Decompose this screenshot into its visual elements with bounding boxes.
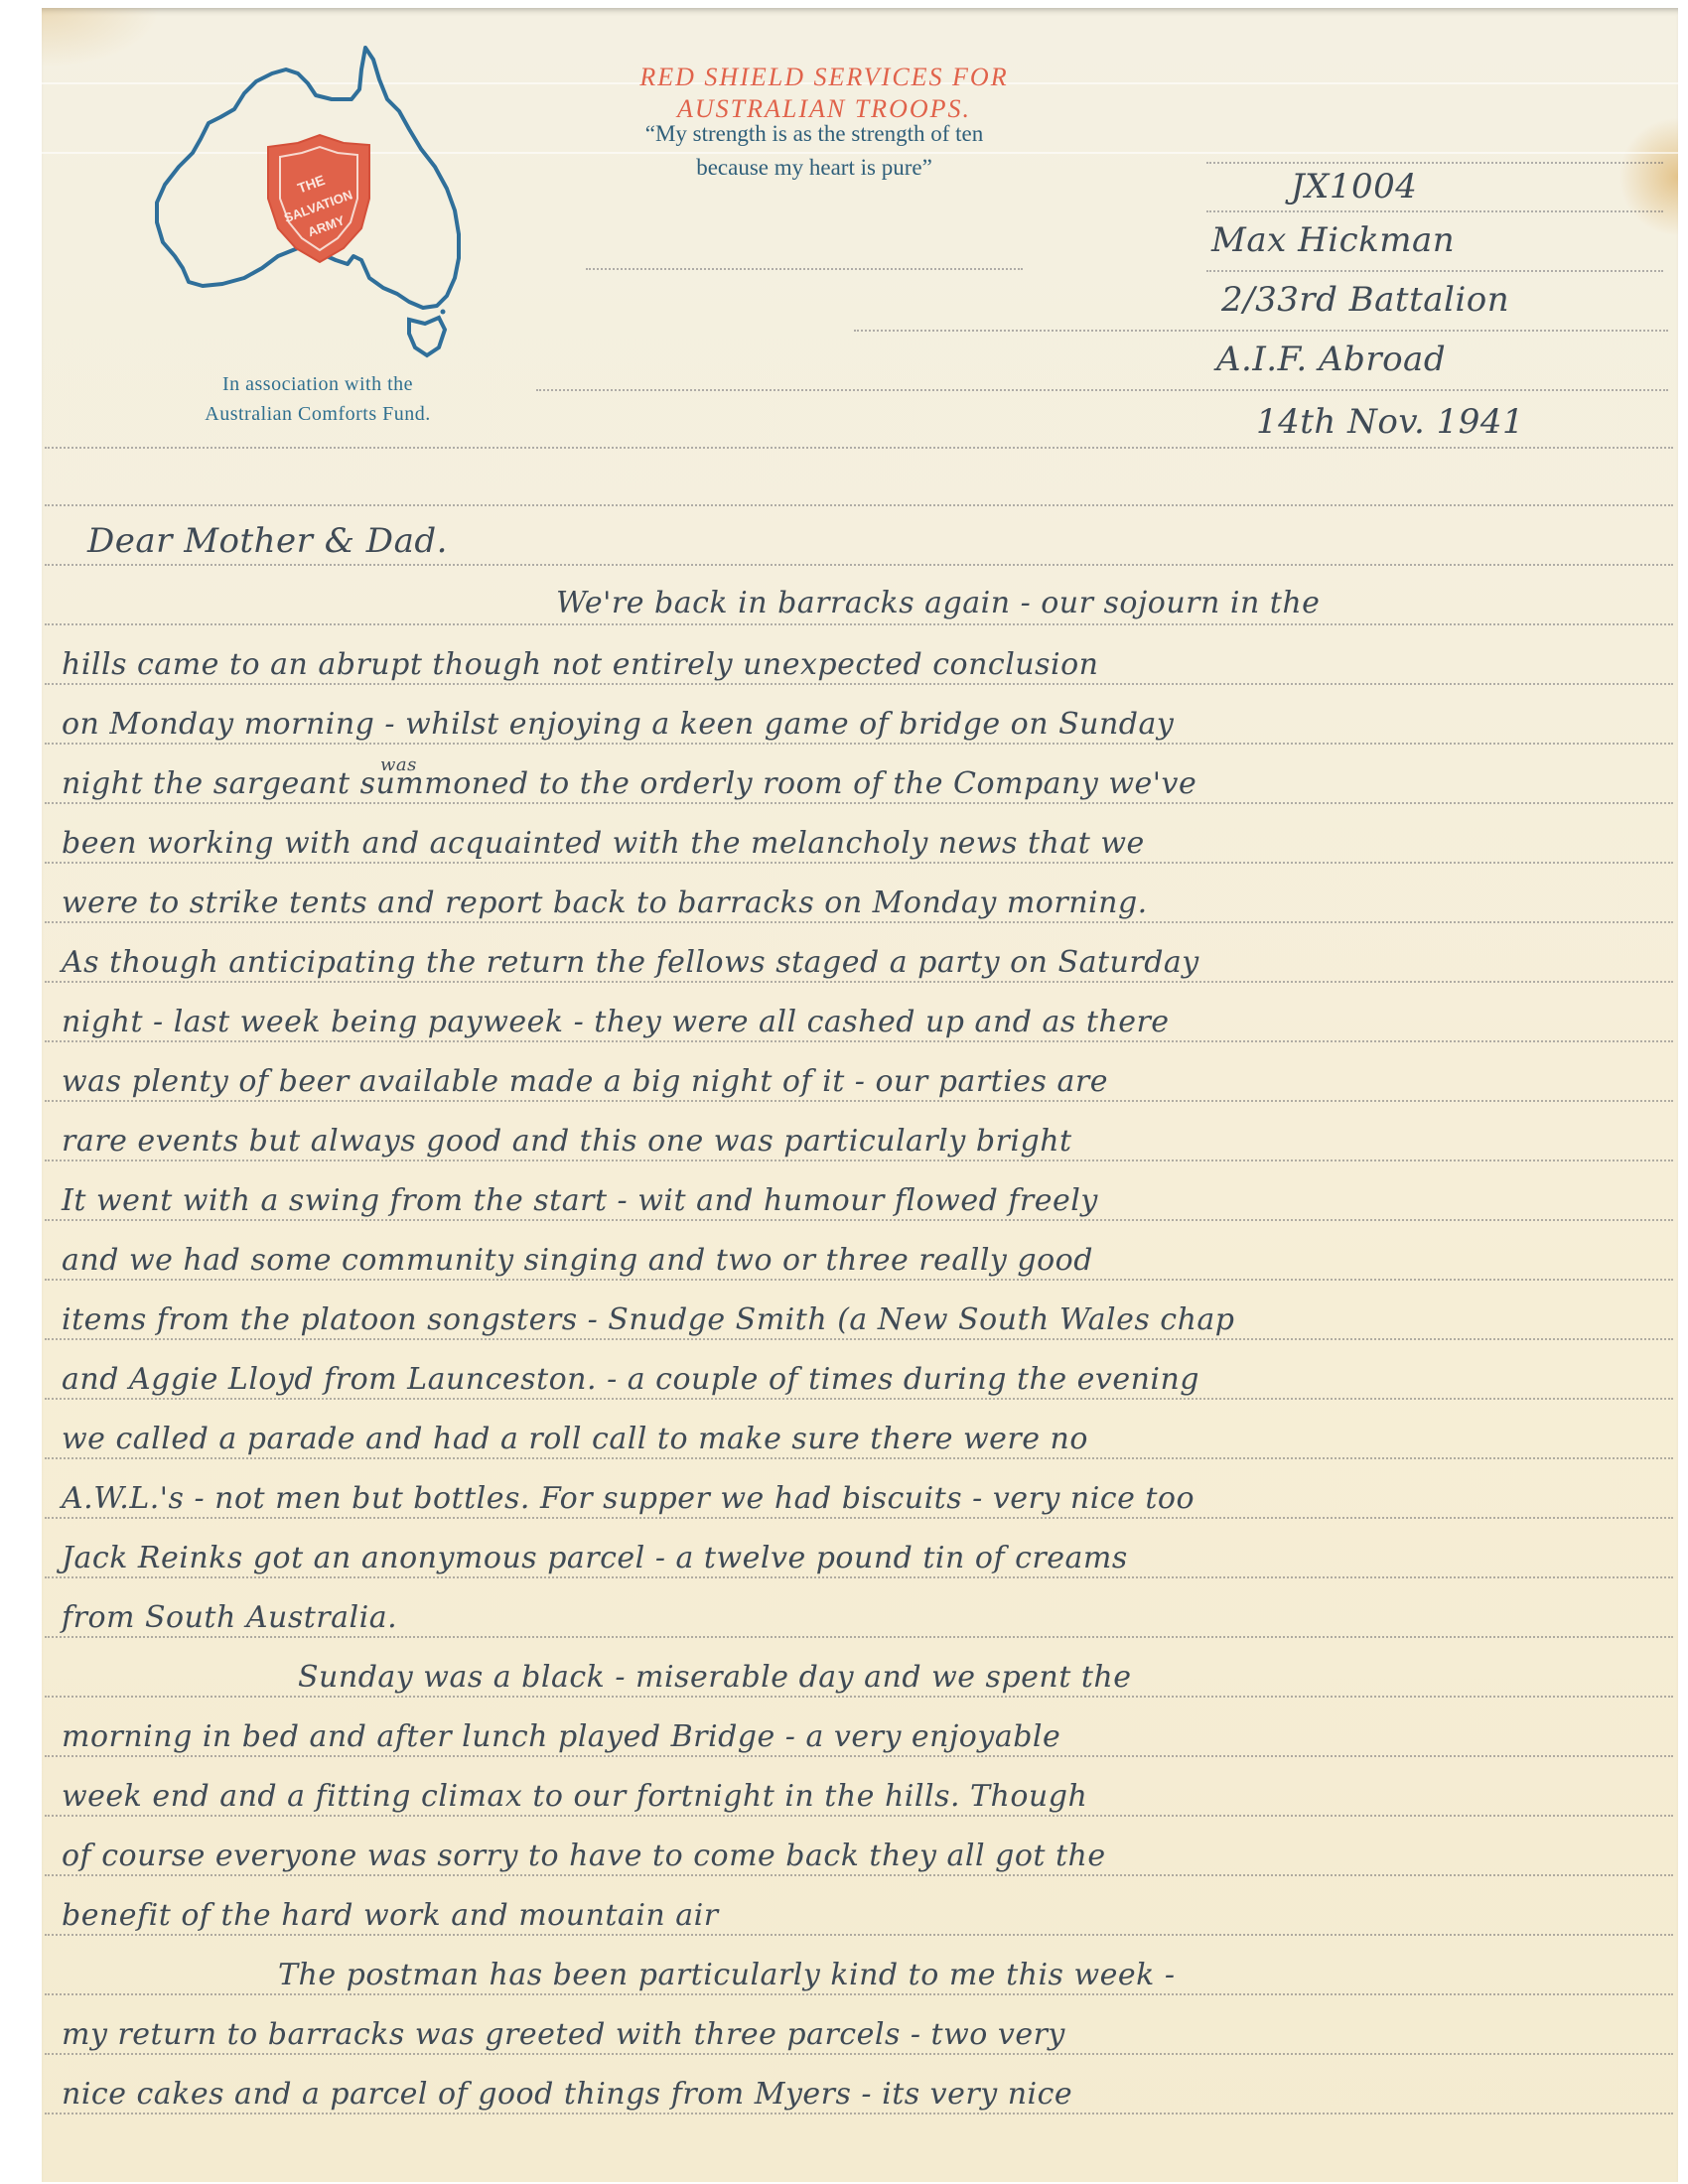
ruled-line <box>45 1219 1673 1221</box>
letter-line: morning in bed and after lunch played Br… <box>62 1719 1060 1754</box>
letter-line: my return to barracks was greeted with t… <box>62 2017 1065 2052</box>
ruled-line <box>854 330 1668 332</box>
ruled-line <box>45 1934 1673 1936</box>
ruled-line <box>1206 162 1663 164</box>
ruled-line <box>45 2113 1673 2115</box>
letter-line: night the sargeant summoned to the order… <box>62 766 1196 801</box>
letter-line: night - last week being payweek - they w… <box>62 1005 1170 1039</box>
ruled-line <box>45 1338 1673 1340</box>
sender-name: Max Hickman <box>1211 220 1455 260</box>
letter-line: Jack Reinks got an anonymous parcel - a … <box>62 1541 1128 1575</box>
paper-stain <box>1618 117 1678 236</box>
letter-line: It went with a swing from the start - wi… <box>62 1183 1098 1218</box>
ruled-line <box>45 564 1673 566</box>
letter-line: hills came to an abrupt though not entir… <box>62 647 1099 682</box>
letter-date: 14th Nov. 1941 <box>1256 402 1524 442</box>
ruled-line <box>586 268 1023 270</box>
letter-line: As though anticipating the return the fe… <box>62 945 1199 980</box>
letter-line: rare events but always good and this one… <box>62 1124 1072 1159</box>
letter-line: The postman has been particularly kind t… <box>278 1958 1176 1992</box>
letter-line: benefit of the hard work and mountain ai… <box>62 1898 719 1933</box>
letter-line: of course everyone was sorry to have to … <box>62 1839 1106 1873</box>
ruled-line <box>45 1160 1673 1161</box>
ruled-line <box>45 1457 1673 1459</box>
ruled-line <box>45 504 1673 506</box>
letter-line: was plenty of beer available made a big … <box>62 1064 1108 1099</box>
service-number: JX1004 <box>1291 167 1417 206</box>
letter-line: from South Australia. <box>62 1600 397 1635</box>
motto-line: because my heart is pure” <box>536 151 1092 185</box>
letter-line: week end and a fitting climax to our for… <box>62 1779 1087 1814</box>
ruled-line <box>45 1279 1673 1281</box>
letter-line: A.W.L.'s - not men but bottles. For supp… <box>62 1481 1195 1516</box>
ruled-line <box>45 1576 1673 1578</box>
ruled-line <box>45 1815 1673 1817</box>
letter-line: Sunday was a black - miserable day and w… <box>298 1660 1131 1695</box>
ruled-line <box>45 862 1673 864</box>
sender-location: A.I.F. Abroad <box>1216 340 1446 379</box>
ruled-line <box>536 389 1668 391</box>
tasmania-outline <box>409 318 445 355</box>
ruled-line <box>45 1755 1673 1757</box>
ruled-line <box>45 1100 1673 1102</box>
ruled-line <box>1206 270 1663 272</box>
letter-line: we called a parade and had a roll call t… <box>62 1422 1088 1456</box>
ruled-line <box>45 2053 1673 2055</box>
ruled-line <box>45 1398 1673 1400</box>
australia-map-logo: THE SALVATION ARMY <box>149 40 506 367</box>
letter-line: items from the platoon songsters - Snudg… <box>62 1302 1235 1337</box>
ruled-line <box>45 981 1673 983</box>
letter-line: and we had some community singing and tw… <box>62 1243 1093 1278</box>
ruled-line <box>45 1993 1673 1995</box>
association-line: Australian Comforts Fund. <box>139 399 496 429</box>
salvation-army-shield-icon: THE SALVATION ARMY <box>268 135 369 262</box>
letter-line: We're back in barracks again - our sojou… <box>556 586 1320 620</box>
ruled-line <box>45 802 1673 804</box>
ruled-line <box>45 921 1673 923</box>
association-line: In association with the <box>139 369 496 399</box>
letterhead-title: RED SHIELD SERVICES FOR AUSTRALIAN TROOP… <box>556 62 1092 125</box>
motto-line: “My strength is as the strength of ten <box>536 117 1092 151</box>
ruled-line <box>45 447 1673 449</box>
letterhead-title-line: RED SHIELD SERVICES FOR <box>556 62 1092 93</box>
salutation: Dear Mother & Dad. <box>87 521 448 561</box>
letter-line: and Aggie Lloyd from Launceston. - a cou… <box>62 1362 1199 1397</box>
ruled-line <box>45 1636 1673 1638</box>
ruled-line <box>45 743 1673 745</box>
sender-unit: 2/33rd Battalion <box>1221 280 1509 320</box>
letterhead-motto: “My strength is as the strength of ten b… <box>536 117 1092 185</box>
ruled-line <box>45 623 1673 625</box>
ruled-line <box>45 1040 1673 1042</box>
letter-line: on Monday morning - whilst enjoying a ke… <box>62 707 1174 742</box>
letter-line: were to strike tents and report back to … <box>62 886 1148 920</box>
ruled-line <box>45 1696 1673 1698</box>
ruled-line <box>45 1517 1673 1519</box>
ruled-line <box>1206 210 1663 212</box>
ruled-line <box>45 1874 1673 1876</box>
paper-stain <box>42 8 161 68</box>
association-note: In association with the Australian Comfo… <box>139 369 496 429</box>
ruled-line <box>45 683 1673 685</box>
letter-line: nice cakes and a parcel of good things f… <box>62 2077 1072 2112</box>
letter-line: been working with and acquainted with th… <box>62 826 1145 861</box>
